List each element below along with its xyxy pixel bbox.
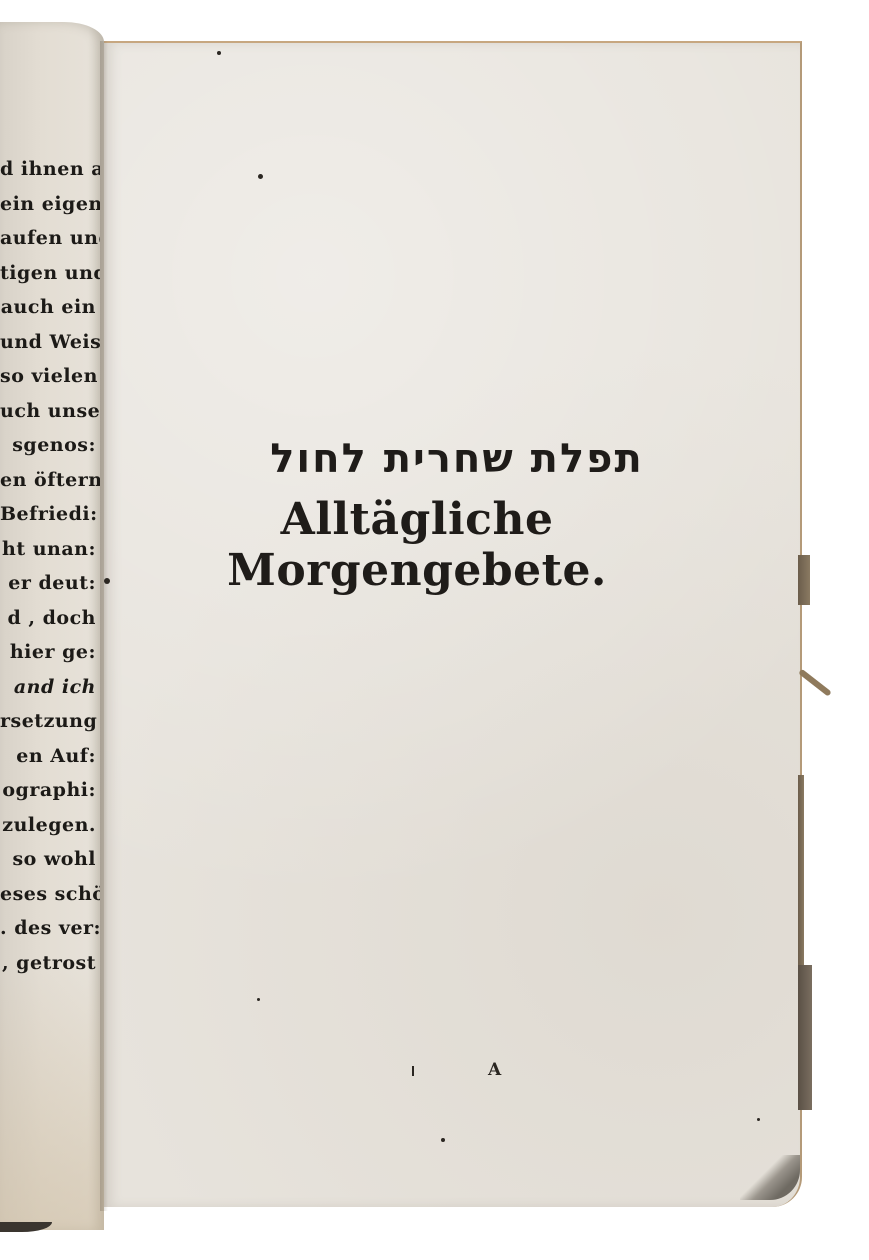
text-line: and ich xyxy=(0,670,100,705)
text-line: , getrost xyxy=(0,946,100,981)
paper-speck xyxy=(217,51,221,55)
text-line: sgenos: xyxy=(0,428,100,463)
paper-speck xyxy=(257,998,260,1001)
paper-speck xyxy=(441,1138,445,1142)
right-page xyxy=(104,41,802,1207)
left-page-text: d ihnen al: ein eigenes aufen und tigen … xyxy=(0,152,100,980)
hebrew-title: תפלת שחרית לחול xyxy=(114,436,800,482)
signature-mark: A xyxy=(488,1060,501,1080)
text-line: rsetzung xyxy=(0,704,100,739)
text-line: ht unan: xyxy=(0,532,100,567)
fore-edge-damage xyxy=(798,965,812,1110)
book-scene: d ihnen al: ein eigenes aufen und tigen … xyxy=(0,0,869,1260)
text-line: en öftern xyxy=(0,463,100,498)
text-line: aufen und xyxy=(0,221,100,256)
text-line: so vielen xyxy=(0,359,100,394)
text-line: . des ver: xyxy=(0,911,100,946)
book-gutter xyxy=(100,41,108,1211)
text-line: hier ge: xyxy=(0,635,100,670)
text-line: uch unse: xyxy=(0,394,100,429)
paper-speck xyxy=(258,174,263,179)
text-line: ographi: xyxy=(0,773,100,808)
text-line: zulegen. xyxy=(0,808,100,843)
text-line: so wohl xyxy=(0,842,100,877)
left-page: d ihnen al: ein eigenes aufen und tigen … xyxy=(0,22,104,1230)
text-line: Befriedi: xyxy=(0,497,100,532)
text-line: eses schö: xyxy=(0,877,100,912)
text-line: tigen und xyxy=(0,256,100,291)
title-block: תפלת שחרית לחול Alltägliche Morgengebete… xyxy=(104,436,800,596)
fore-edge-damage xyxy=(798,775,804,965)
text-line: und Weise xyxy=(0,325,100,360)
torn-paper-strip xyxy=(798,669,832,697)
text-line: d , doch xyxy=(0,601,100,636)
text-line: ein eigenes xyxy=(0,187,100,222)
text-line: en Auf: xyxy=(0,739,100,774)
signature-tick xyxy=(412,1066,414,1076)
left-page-bottom-edge xyxy=(0,1222,52,1232)
text-line: d ihnen al: xyxy=(0,152,100,187)
text-line: auch ein xyxy=(0,290,100,325)
text-line: er deut: xyxy=(0,566,100,601)
german-title: Alltägliche Morgengebete. xyxy=(104,494,730,596)
paper-speck xyxy=(757,1118,760,1121)
